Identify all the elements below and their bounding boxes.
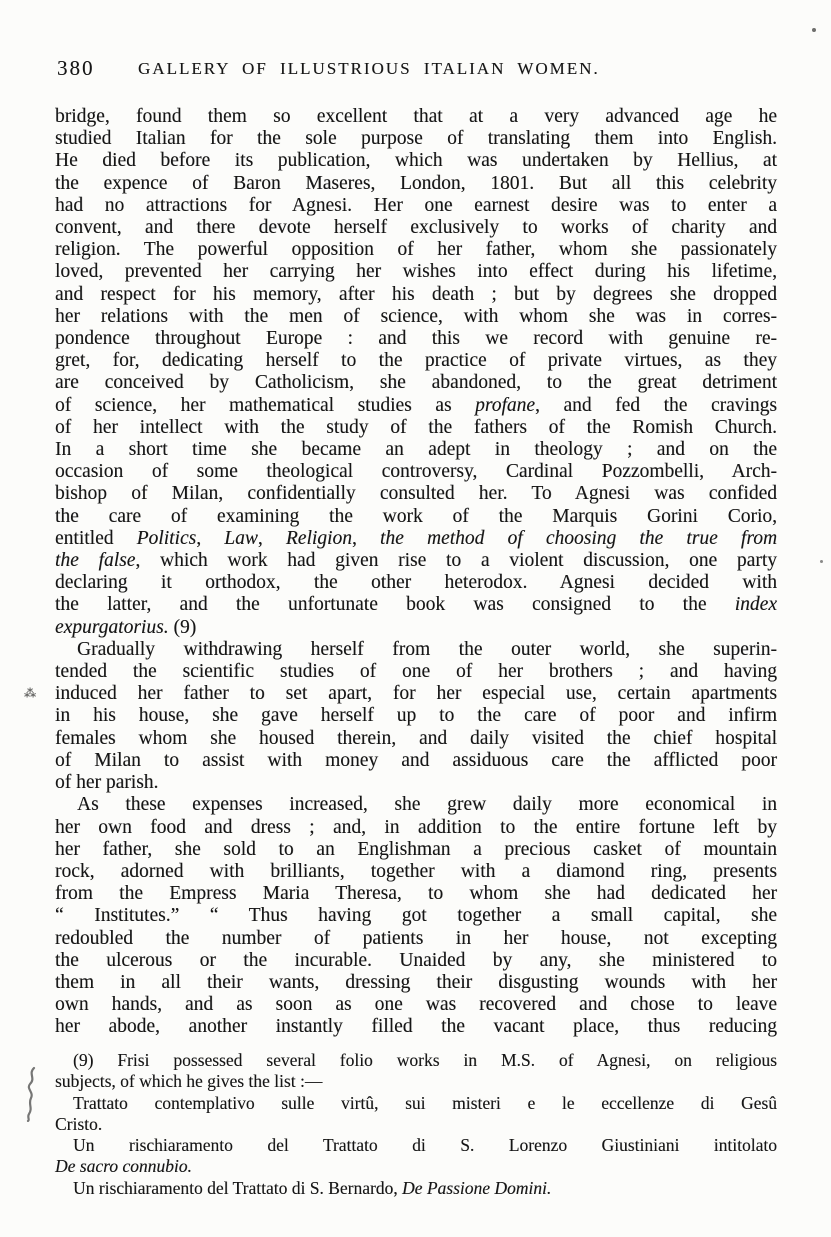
text-segment: declaring it orthodox, the other heterod… [55,572,777,593]
speck-artifact [820,560,823,563]
text-segment: He died before its publication, which wa… [55,150,777,171]
text-line: of science, her mathematical studies as … [55,395,777,417]
text-line: convent, and there devote herself exclus… [55,217,777,239]
text-line: females whom she housed therein, and dai… [55,728,777,750]
text-segment: own hands, and as soon as one was recove… [55,994,777,1015]
italic-text: Religion [286,528,352,549]
text-segment: tended the scientific studies of one of … [55,661,777,682]
text-segment: subjects, of which he gives the list :— [55,1071,322,1091]
text-segment: induced her father to set apart, for her… [55,683,777,704]
text-line: of her intellect with the study of the f… [55,417,777,439]
text-line: in his house, she gave herself up to the… [55,705,777,727]
text-segment: the latter, and the unfortunate book was… [55,594,735,615]
text-segment: (9) Frisi possessed several folio works … [73,1050,777,1070]
italic-text: the method of choosing the true from [380,528,777,549]
text-line: gret, for, dedicating herself to the pra… [55,350,777,372]
paragraph: Un rischiaramento del Trattato di S. Ber… [55,1178,777,1199]
text-line: Cristo. [55,1114,777,1135]
text-segment: pondence throughout Europe : and this we… [55,328,777,349]
text-line: them in all their wants, dressing their … [55,972,777,994]
text-segment: , and fed the cravings [535,395,777,416]
text-segment: of her parish. [55,772,158,793]
text-line: the false, which work had given rise to … [55,550,777,572]
text-segment: As these expenses increased, she grew da… [77,794,777,815]
text-segment: occasion of some theological controversy… [55,461,777,482]
text-segment: of science, her mathematical studies as [55,395,475,416]
text-line: entitled Politics, Law, Religion, the me… [55,528,777,550]
text-segment: , [352,528,380,549]
text-segment: (9) [169,617,197,638]
text-line: the care of examining the work of the Ma… [55,506,777,528]
text-line: In a short time she became an adept in t… [55,439,777,461]
text-line: loved, prevented her carrying her wishes… [55,261,777,283]
speck-artifact [812,28,816,32]
text-line: bridge, found them so excellent that at … [55,106,777,128]
text-line: religion. The powerful opposition of her… [55,239,777,261]
text-line: “ Institutes.” “ Thus having got togethe… [55,905,777,927]
text-segment: , which work had given rise to a violent… [135,550,777,571]
text-line: Un rischiaramento del Trattato di S. Lor… [55,1135,777,1156]
text-line: rock, adorned with brilliants, together … [55,861,777,883]
text-segment: her relations with the men of science, w… [55,306,777,327]
ink-blot-artifact [24,1066,40,1122]
text-line: redoubled the number of patients in her … [55,928,777,950]
text-line: De sacro connubio. [55,1156,777,1177]
text-line: her father, she sold to an Englishman a … [55,839,777,861]
text-line: from the Empress Maria Theresa, to whom … [55,883,777,905]
text-segment: the ulcerous or the incurable. Unaided b… [55,950,777,971]
italic-text: Law [224,528,258,549]
text-segment: Gradually withdrawing herself from the o… [77,639,777,660]
text-line: of her parish. [55,772,777,794]
text-line: studied Italian for the sole purpose of … [55,128,777,150]
text-line: subjects, of which he gives the list :— [55,1071,777,1092]
text-segment: , [258,528,286,549]
text-line: Gradually withdrawing herself from the o… [55,639,777,661]
text-segment: loved, prevented her carrying her wishes… [55,261,777,282]
text-line: occasion of some theological controversy… [55,461,777,483]
margin-mark-artifact: ⁂ [24,686,38,700]
text-segment: convent, and there devote herself exclus… [55,217,777,238]
text-line: As these expenses increased, she grew da… [55,794,777,816]
italic-text: the false [55,550,135,571]
paragraph: Gradually withdrawing herself from the o… [55,639,777,794]
text-line: Trattato contemplativo sulle virtû, sui … [55,1093,777,1114]
paragraph: As these expenses increased, she grew da… [55,794,777,1038]
text-segment: and respect for his memory, after his de… [55,284,777,305]
page-header: 380 GALLERY OF ILLUSTRIOUS ITALIAN WOMEN… [55,56,777,84]
italic-text: De Passione Domini. [402,1178,551,1198]
italic-text: index [735,594,777,615]
paragraph: (9) Frisi possessed several folio works … [55,1050,777,1093]
text-segment: them in all their wants, dressing their … [55,972,777,993]
text-segment: in his house, she gave herself up to the… [55,705,777,726]
italic-text: expurgatorius. [55,617,169,638]
text-segment: the expence of Baron Maseres, London, 18… [55,173,777,194]
text-line: her own food and dress ; and, in additio… [55,817,777,839]
text-line: He died before its publication, which wa… [55,150,777,172]
text-segment: In a short time she became an adept in t… [55,439,777,460]
text-segment: of her intellect with the study of the f… [55,417,777,438]
italic-text: De sacro connubio. [55,1156,192,1176]
paragraph: Un rischiaramento del Trattato di S. Lor… [55,1135,777,1178]
text-line: pondence throughout Europe : and this we… [55,328,777,350]
text-segment: bishop of Milan, confidentially consulte… [55,483,777,504]
body-text: bridge, found them so excellent that at … [55,106,777,1039]
text-segment: the care of examining the work of the Ma… [55,506,777,527]
text-segment: “ Institutes.” “ Thus having got togethe… [55,905,777,926]
text-segment: religion. The powerful opposition of her… [55,239,777,260]
page-header-title: GALLERY OF ILLUSTRIOUS ITALIAN WOMEN. [138,59,600,79]
text-segment: her own food and dress ; and, in additio… [55,817,777,838]
text-segment: Cristo. [55,1114,102,1134]
book-page: 380 GALLERY OF ILLUSTRIOUS ITALIAN WOMEN… [0,0,831,1237]
text-line: her abode, another instantly filled the … [55,1016,777,1038]
text-line: the expence of Baron Maseres, London, 18… [55,173,777,195]
text-segment: bridge, found them so excellent that at … [55,106,777,127]
paragraph: bridge, found them so excellent that at … [55,106,777,639]
text-segment: had no attractions for Agnesi. Her one e… [55,195,777,216]
text-segment: rock, adorned with brilliants, together … [55,861,777,882]
text-line: her relations with the men of science, w… [55,306,777,328]
text-segment: Un rischiaramento del Trattato di S. Ber… [73,1178,402,1198]
text-segment: redoubled the number of patients in her … [55,928,777,949]
text-segment: from the Empress Maria Theresa, to whom … [55,883,777,904]
text-line: and respect for his memory, after his de… [55,284,777,306]
text-segment: her father, she sold to an Englishman a … [55,839,777,860]
text-line: are conceived by Catholicism, she abando… [55,372,777,394]
text-segment: of Milan to assist with money and assidu… [55,750,777,771]
text-segment: entitled [55,528,137,549]
text-line: tended the scientific studies of one of … [55,661,777,683]
italic-text: profane [475,395,535,416]
text-segment: Un rischiaramento del Trattato di S. Lor… [73,1135,777,1155]
text-segment: her abode, another instantly filled the … [55,1016,777,1037]
text-line: expurgatorius. (9) [55,617,777,639]
text-segment: gret, for, dedicating herself to the pra… [55,350,777,371]
text-segment: are conceived by Catholicism, she abando… [55,372,777,393]
page-number: 380 [57,56,95,81]
text-line: induced her father to set apart, for her… [55,683,777,705]
paragraph: Trattato contemplativo sulle virtû, sui … [55,1093,777,1136]
text-line: the latter, and the unfortunate book was… [55,594,777,616]
italic-text: Politics [137,528,197,549]
text-line: bishop of Milan, confidentially consulte… [55,483,777,505]
text-line: the ulcerous or the incurable. Unaided b… [55,950,777,972]
text-line: Un rischiaramento del Trattato di S. Ber… [55,1178,777,1199]
text-segment: studied Italian for the sole purpose of … [55,128,777,149]
text-line: declaring it orthodox, the other heterod… [55,572,777,594]
text-line: of Milan to assist with money and assidu… [55,750,777,772]
text-segment: Trattato contemplativo sulle virtû, sui … [73,1093,777,1113]
text-segment: females whom she housed therein, and dai… [55,728,777,749]
text-line: had no attractions for Agnesi. Her one e… [55,195,777,217]
footnote: (9) Frisi possessed several folio works … [55,1050,777,1199]
text-segment: , [196,528,224,549]
text-line: (9) Frisi possessed several folio works … [55,1050,777,1071]
text-line: own hands, and as soon as one was recove… [55,994,777,1016]
